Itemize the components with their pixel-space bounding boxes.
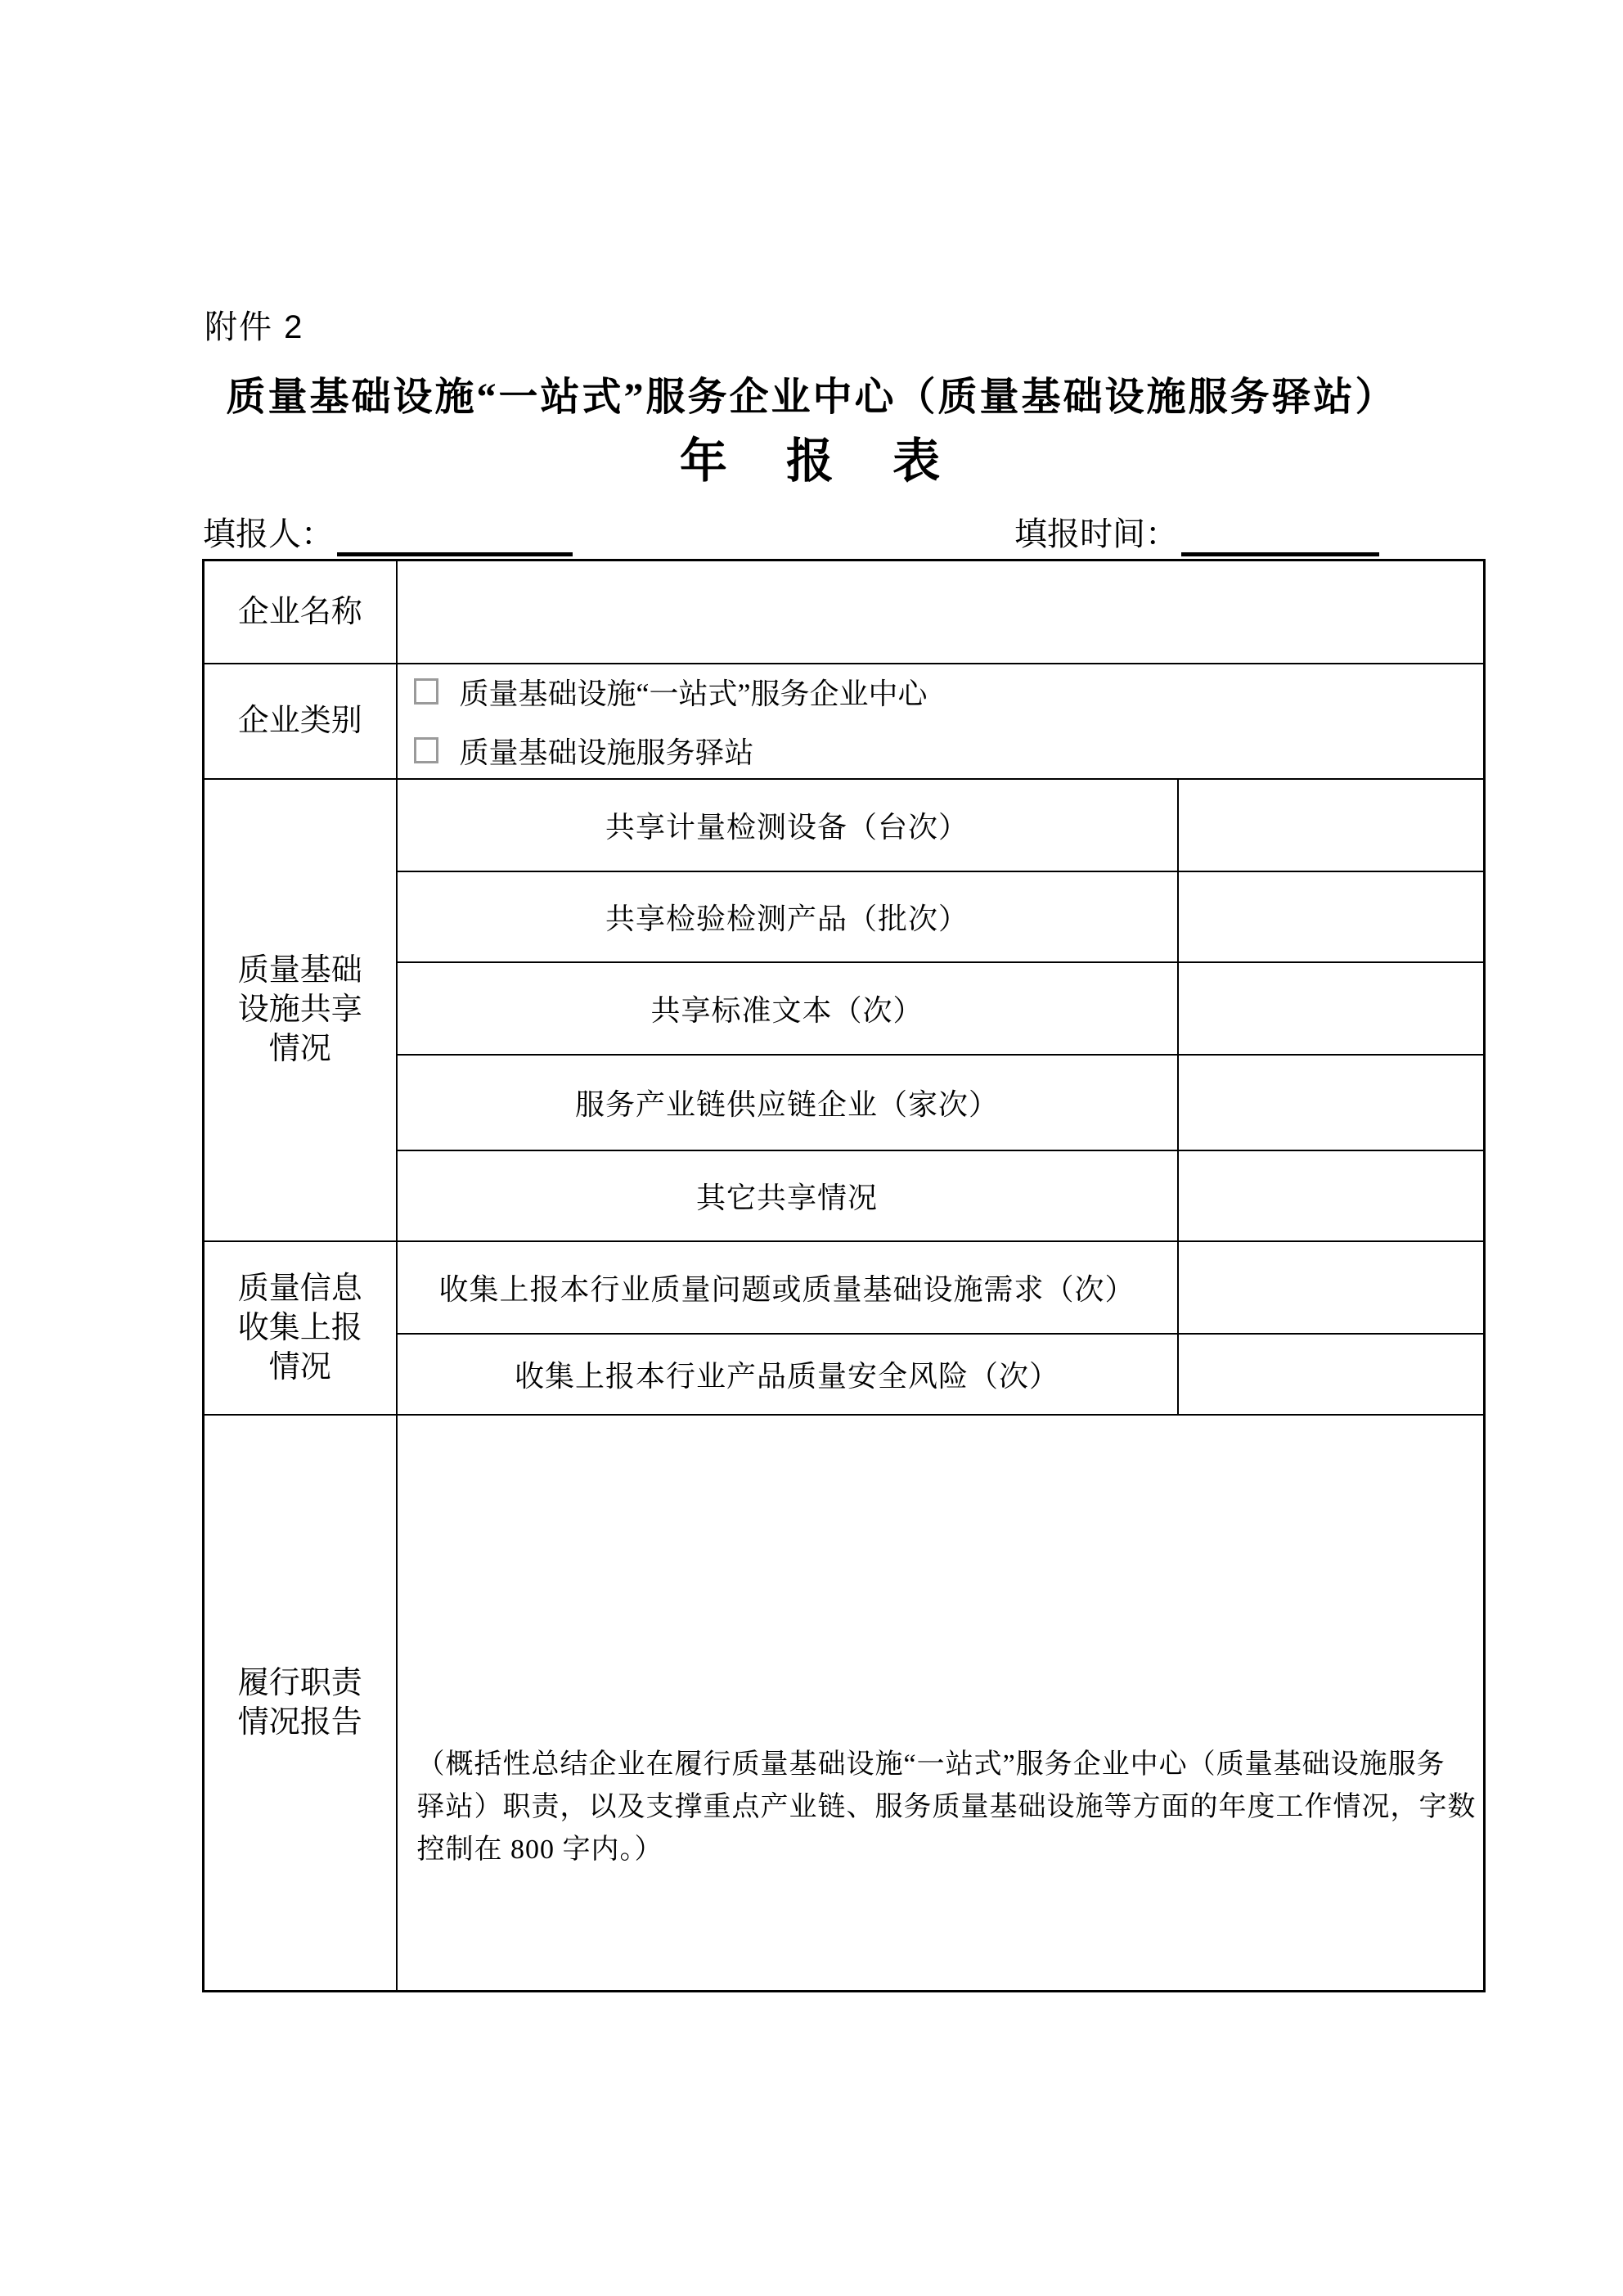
section-label-line: 情况 bbox=[205, 1348, 396, 1387]
attachment-label: 附件 2 bbox=[205, 301, 303, 348]
fill-date-label: 填报时间： bbox=[1014, 512, 1178, 556]
sharing-item-label: 共享标准文本（次） bbox=[397, 962, 1178, 1055]
checkbox-icon[interactable] bbox=[414, 678, 438, 705]
company-name-label: 企业名称 bbox=[204, 560, 397, 664]
section-label-line: 设施共享 bbox=[205, 990, 396, 1029]
section-label-line: 履行职责 bbox=[205, 1663, 396, 1703]
preparer-row: 填报人： bbox=[203, 509, 573, 556]
section-label-line: 质量基础 bbox=[205, 951, 396, 990]
note-line: （概括性总结企业在履行质量基础设施“一站式”服务企业中心（质量基础设施服务 bbox=[417, 1744, 1463, 1786]
preparer-label: 填报人： bbox=[203, 512, 334, 556]
reporting-item-label: 收集上报本行业产品质量安全风险（次） bbox=[397, 1334, 1178, 1415]
sharing-item-label: 共享计量检测设备（台次） bbox=[397, 779, 1178, 871]
checkbox-icon[interactable] bbox=[414, 737, 438, 763]
checkbox-label: 质量基础设施“一站式”服务企业中心 bbox=[460, 671, 928, 713]
note-line: 控制在 800 字内。） bbox=[417, 1829, 1463, 1871]
sharing-item-value-cell[interactable] bbox=[1178, 871, 1485, 962]
table-row: 质量信息 收集上报 情况 收集上报本行业质量问题或质量基础设施需求（次） bbox=[204, 1241, 1485, 1334]
fill-date-row: 填报时间： bbox=[1014, 509, 1379, 556]
reporting-item-label: 收集上报本行业质量问题或质量基础设施需求（次） bbox=[397, 1241, 1178, 1334]
fill-date-blank-field[interactable] bbox=[1181, 515, 1379, 556]
table-row: 企业名称 bbox=[204, 560, 1485, 664]
duty-section-label: 履行职责 情况报告 bbox=[204, 1415, 397, 1992]
duty-report-note-cell[interactable]: （概括性总结企业在履行质量基础设施“一站式”服务企业中心（质量基础设施服务 驿站… bbox=[397, 1415, 1485, 1992]
annual-report-table: 企业名称 企业类别 质量基础设施“一站式”服务企业中心 质量基础设施服务驿站 质… bbox=[202, 559, 1486, 1992]
company-name-input-cell[interactable] bbox=[397, 560, 1485, 664]
sharing-section-label: 质量基础 设施共享 情况 bbox=[204, 779, 397, 1241]
section-label-line: 质量信息 bbox=[205, 1269, 396, 1308]
company-type-option-station: 质量基础设施服务驿站 bbox=[414, 724, 1484, 777]
sharing-item-label: 其它共享情况 bbox=[397, 1150, 1178, 1241]
reporting-item-value-cell[interactable] bbox=[1178, 1241, 1485, 1334]
sharing-item-value-cell[interactable] bbox=[1178, 962, 1485, 1055]
sharing-item-value-cell[interactable] bbox=[1178, 1055, 1485, 1150]
note-line: 驿站）职责，以及支撑重点产业链、服务质量基础设施等方面的年度工作情况，字数 bbox=[417, 1786, 1463, 1829]
document-page: 附件 2 质量基础设施“一站式”服务企业中心（质量基础设施服务驿站） 年 报 表… bbox=[0, 0, 1623, 2296]
document-title: 质量基础设施“一站式”服务企业中心（质量基础设施服务驿站） bbox=[0, 365, 1623, 421]
company-type-option-center: 质量基础设施“一站式”服务企业中心 bbox=[414, 665, 1484, 718]
sharing-item-value-cell[interactable] bbox=[1178, 779, 1485, 871]
reporting-item-value-cell[interactable] bbox=[1178, 1334, 1485, 1415]
document-subtitle: 年 报 表 bbox=[0, 422, 1623, 491]
sharing-item-label: 共享检验检测产品（批次） bbox=[397, 871, 1178, 962]
section-label-line: 情况报告 bbox=[205, 1703, 396, 1742]
section-label-line: 收集上报 bbox=[205, 1308, 396, 1348]
table-row: 企业类别 质量基础设施“一站式”服务企业中心 质量基础设施服务驿站 bbox=[204, 664, 1485, 779]
checkbox-label: 质量基础设施服务驿站 bbox=[460, 730, 754, 772]
reporting-section-label: 质量信息 收集上报 情况 bbox=[204, 1241, 397, 1415]
preparer-blank-field[interactable] bbox=[337, 515, 573, 556]
sharing-item-value-cell[interactable] bbox=[1178, 1150, 1485, 1241]
section-label-line: 情况 bbox=[205, 1029, 396, 1069]
table-row: 质量基础 设施共享 情况 共享计量检测设备（台次） bbox=[204, 779, 1485, 871]
company-type-label: 企业类别 bbox=[204, 664, 397, 779]
sharing-item-label: 服务产业链供应链企业（家次） bbox=[397, 1055, 1178, 1150]
company-type-options-cell: 质量基础设施“一站式”服务企业中心 质量基础设施服务驿站 bbox=[397, 664, 1485, 779]
table-row: 履行职责 情况报告 （概括性总结企业在履行质量基础设施“一站式”服务企业中心（质… bbox=[204, 1415, 1485, 1992]
